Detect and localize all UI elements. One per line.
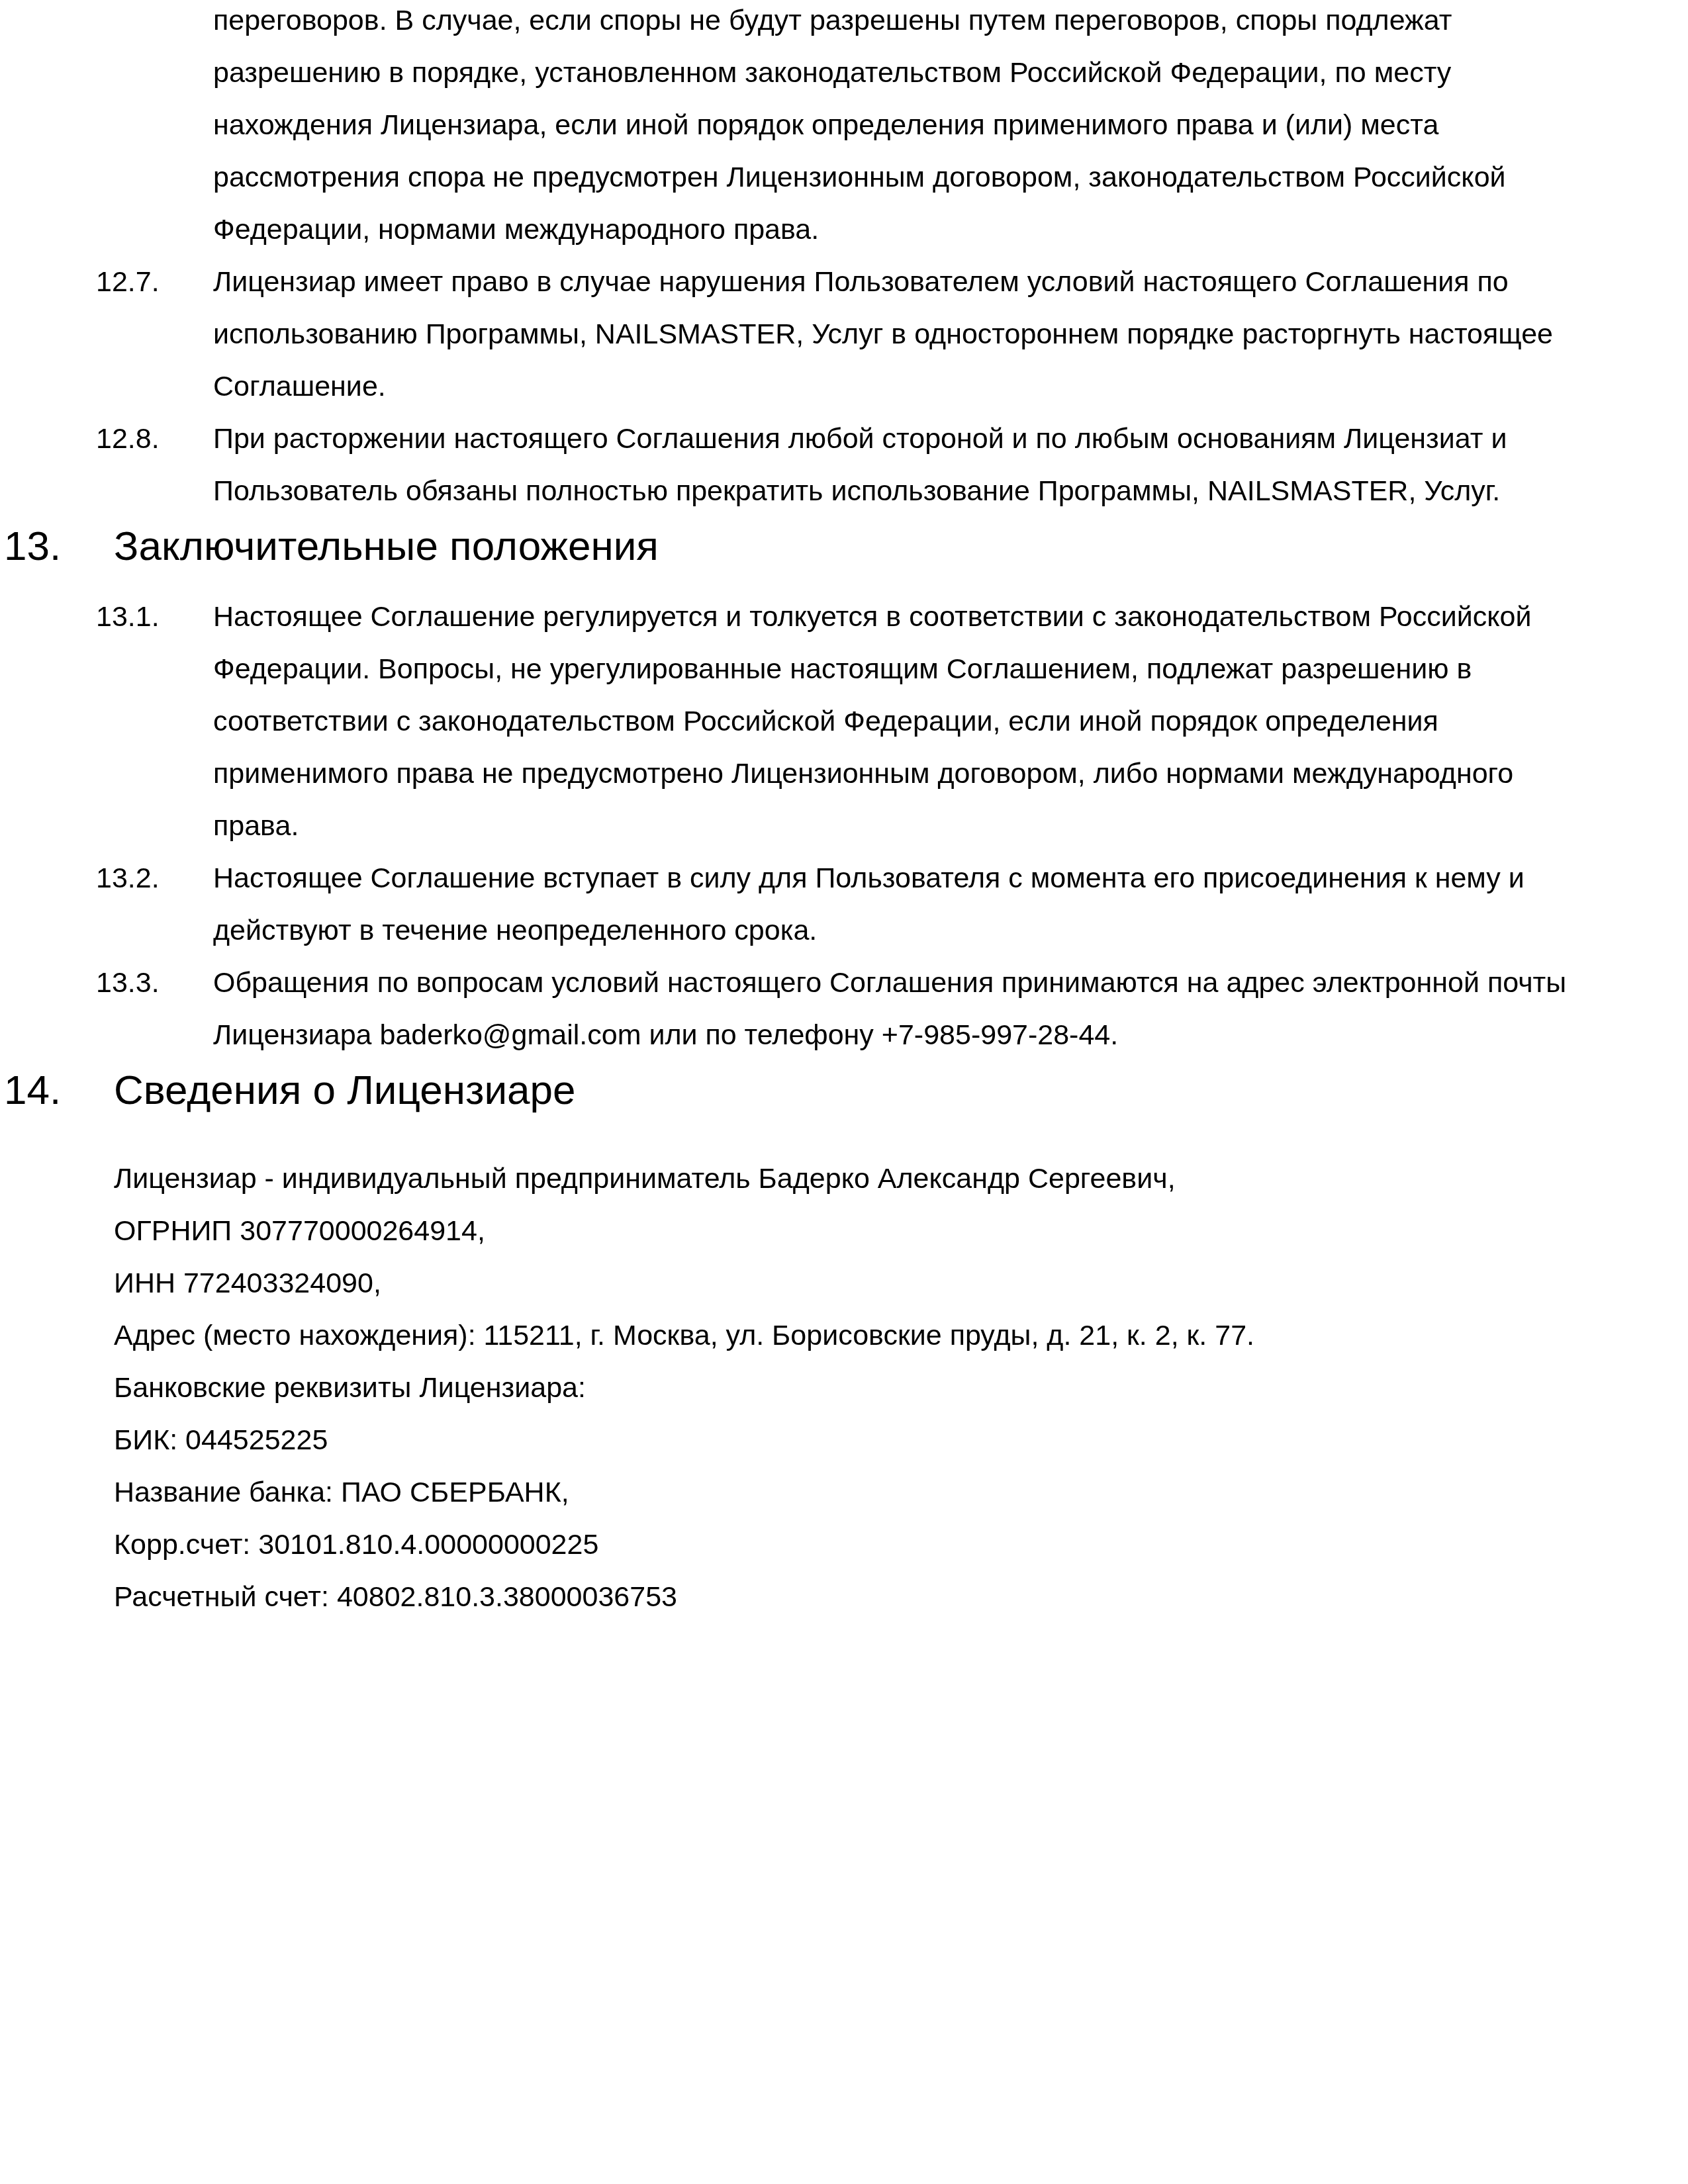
section-number: 14.	[4, 1064, 61, 1117]
text-line: Лицензиара baderko@gmail.com или по теле…	[213, 1009, 1673, 1062]
bik: БИК: 044525225	[114, 1414, 1636, 1467]
clause-number: 12.7.	[96, 256, 160, 308]
text-line: Лицензиар имеет право в случае нарушения…	[213, 256, 1673, 308]
document-page: переговоров. В случае, если споры не буд…	[0, 0, 1688, 2184]
inn: ИНН 772403324090,	[114, 1257, 1636, 1310]
address: Адрес (место нахождения): 115211, г. Мос…	[114, 1310, 1636, 1362]
clause-text: Настоящее Соглашение регулируется и толк…	[213, 591, 1673, 852]
ogrnip: ОГРНИП 307770000264914,	[114, 1205, 1636, 1257]
text-line: Настоящее Соглашение регулируется и толк…	[213, 591, 1673, 643]
text-line: применимого права не предусмотрено Лицен…	[213, 748, 1673, 800]
text-line: Федерации, нормами международного права.	[213, 204, 1663, 256]
text-line: соответствии с законодательством Российс…	[213, 696, 1673, 748]
text-line: Соглашение.	[213, 361, 1673, 413]
text-line: рассмотрения спора не предусмотрен Лицен…	[213, 152, 1663, 204]
text-line: разрешению в порядке, установленном зако…	[213, 47, 1663, 99]
text-line: нахождения Лицензиара, если иной порядок…	[213, 99, 1663, 152]
text-line: Федерации. Вопросы, не урегулированные н…	[213, 643, 1673, 696]
text-line: права.	[213, 800, 1673, 852]
clause-number: 13.3.	[96, 957, 160, 1009]
clause-number: 12.8.	[96, 413, 160, 465]
text-line: использованию Программы, NAILSMASTER, Ус…	[213, 308, 1673, 361]
clause-number: 13.1.	[96, 591, 160, 643]
clause-text: Лицензиар имеет право в случае нарушения…	[213, 256, 1673, 413]
settlement-account: Расчетный счет: 40802.810.3.38000036753	[114, 1571, 1636, 1623]
section-title: Заключительные положения	[114, 520, 659, 573]
licensor-name: Лицензиар - индивидуальный предпринимате…	[114, 1153, 1636, 1205]
text-line: переговоров. В случае, если споры не буд…	[213, 0, 1663, 47]
section-number: 13.	[4, 520, 61, 573]
bank-name: Название банка: ПАО СБЕРБАНК,	[114, 1467, 1636, 1519]
clause-12-6-continuation: переговоров. В случае, если споры не буд…	[213, 0, 1663, 256]
clause-text: Обращения по вопросам условий настоящего…	[213, 957, 1673, 1062]
text-line: При расторжении настоящего Соглашения лю…	[213, 413, 1673, 465]
clause-number: 13.2.	[96, 852, 160, 905]
clause-text: При расторжении настоящего Соглашения лю…	[213, 413, 1673, 518]
contact-text: Лицензиара baderko@gmail.com или по теле…	[213, 1019, 1118, 1051]
correspondent-account: Корр.счет: 30101.810.4.00000000225	[114, 1519, 1636, 1571]
text-line: Настоящее Соглашение вступает в силу для…	[213, 852, 1673, 905]
section-title: Сведения о Лицензиаре	[114, 1064, 576, 1117]
text-line: действуют в течение неопределенного срок…	[213, 905, 1673, 957]
text-line: Обращения по вопросам условий настоящего…	[213, 957, 1673, 1009]
text-line: Пользователь обязаны полностью прекратит…	[213, 465, 1673, 518]
bank-details-heading: Банковские реквизиты Лицензиара:	[114, 1362, 1636, 1414]
licensor-details: Лицензиар - индивидуальный предпринимате…	[114, 1153, 1636, 1623]
clause-text: Настоящее Соглашение вступает в силу для…	[213, 852, 1673, 957]
